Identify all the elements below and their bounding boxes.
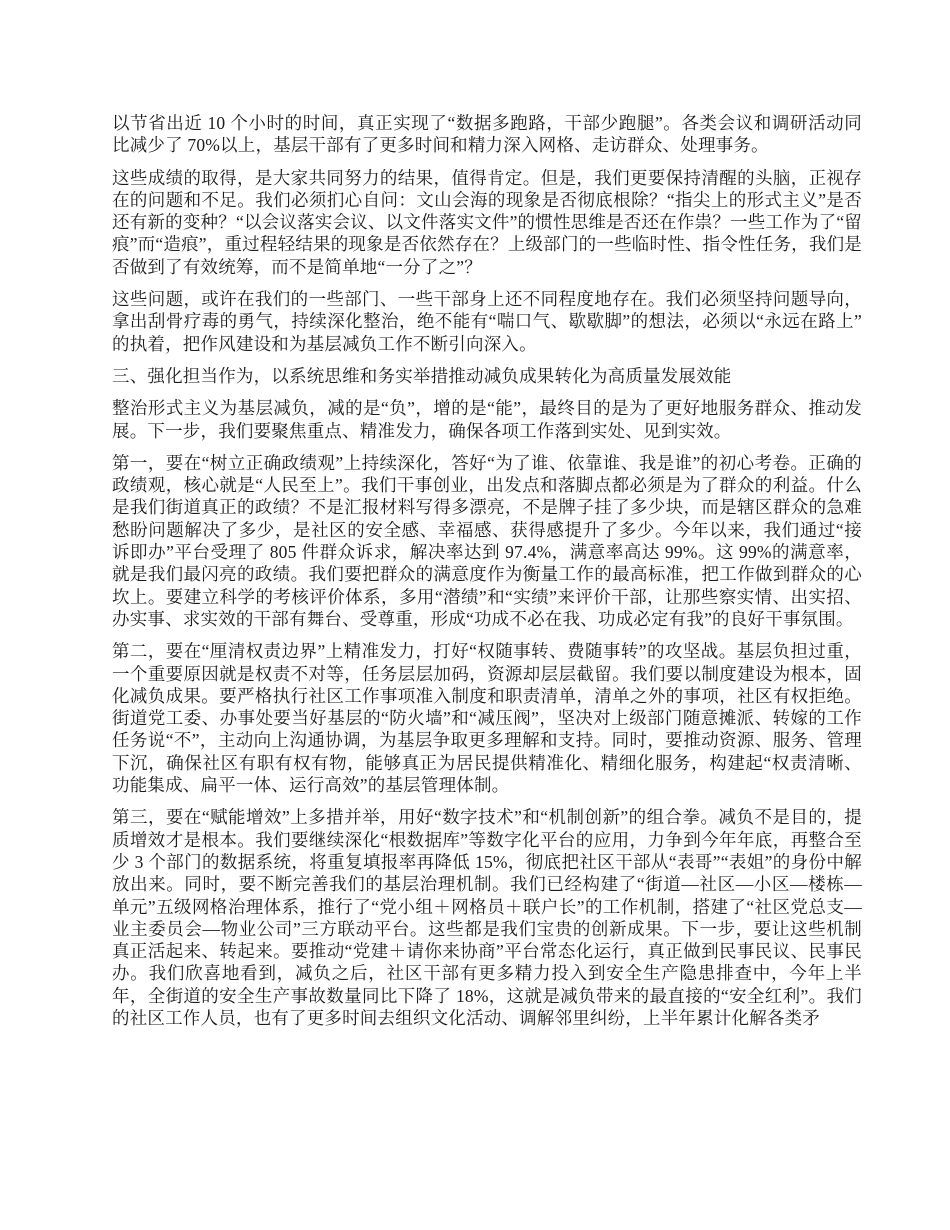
body-paragraph-continuation: 以节省出近 10 个小时的时间，真正实现了“数据多跑路，干部少跑腿”。各类会议和…: [112, 112, 862, 157]
body-paragraph-goal-statement: 整治形式主义为基层减负，减的是“负”，增的是“能”，最终目的是为了更好地服务群众…: [112, 397, 862, 442]
document-page: 以节省出近 10 个小时的时间，真正实现了“数据多跑路，干部少跑腿”。各类会议和…: [0, 0, 950, 1230]
section-heading-three: 三、强化担当作为，以系统思维和务实举措推动减负成果转化为高质量发展效能: [112, 365, 862, 387]
document-text-block: 以节省出近 10 个小时的时间，真正实现了“数据多跑路，干部少跑腿”。各类会议和…: [112, 112, 862, 1039]
body-paragraph-point-two: 第二，要在“厘清权责边界”上精准发力，打好“权随事转、费随事转”的攻坚战。基层负…: [112, 640, 862, 796]
body-paragraph-point-one: 第一，要在“树立正确政绩观”上持续深化，答好“为了谁、依靠谁、我是谁”的初心考卷…: [112, 452, 862, 630]
body-paragraph-problem-orientation: 这些问题，或许在我们的一些部门、一些干部身上还不同程度地存在。我们必须坚持问题导…: [112, 288, 862, 355]
body-paragraph-point-three: 第三，要在“赋能增效”上多措并举，用好“数字技术”和“机制创新”的组合拳。减负不…: [112, 806, 862, 1029]
body-paragraph-achievements-reflection: 这些成绩的取得，是大家共同努力的结果，值得肯定。但是，我们更要保持清醒的头脑，正…: [112, 167, 862, 278]
